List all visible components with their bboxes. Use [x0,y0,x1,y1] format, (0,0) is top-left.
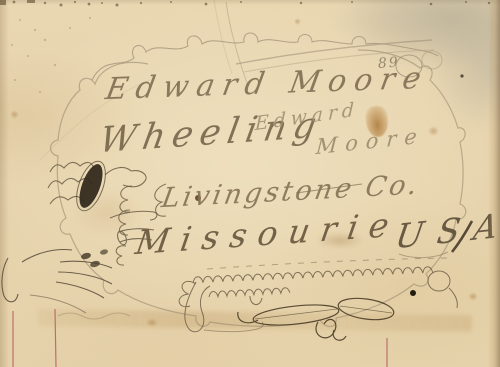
ledger-page: 89 Edward Moore Wheeling Edward Moore Li… [0,0,500,367]
page-edge-left [0,0,9,367]
inked-dark-shape [71,157,111,214]
page-edge-top [0,0,500,5]
hand-doodle-lower [2,249,112,313]
red-ledger-lines [13,309,387,367]
page-edge-right [488,0,500,367]
leaf-bow-doodle [238,295,395,340]
graphite-dust [11,17,91,93]
